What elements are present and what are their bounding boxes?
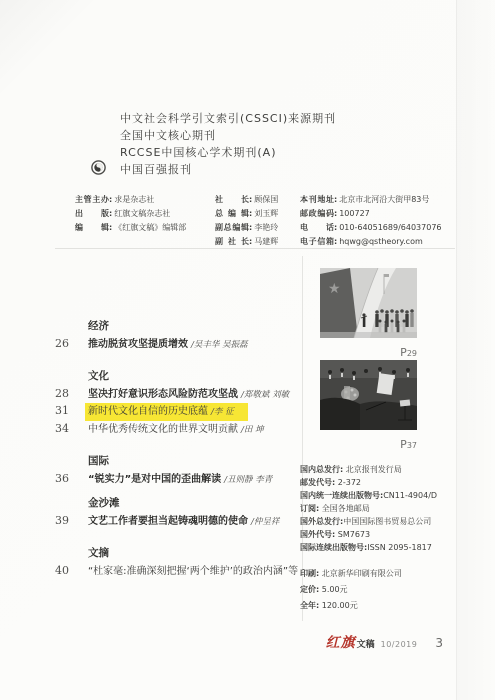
page-footer: 红旗 文稿 10/2019 3	[300, 632, 443, 652]
field-value: 刘玉辉	[254, 209, 278, 218]
toc-entry: 36 “锐实力”是对中国的歪曲解读/丑则静 李青	[55, 471, 303, 488]
masthead-staff-column: 社长:顾保国 总编辑:刘玉辉 副总编辑:李艳玲 副社长:马建辉	[215, 193, 278, 249]
field-label: 编辑	[75, 221, 109, 235]
field-label: 副总编辑	[215, 221, 249, 235]
colon: :	[249, 223, 252, 232]
toc-entry: 28 坚决打好意识形态风险防范攻坚战/郑敬斌 刘敏	[55, 386, 303, 403]
caption-prefix: P	[400, 346, 407, 359]
photo-caption-p37: P37	[320, 433, 417, 452]
field-label: 国外代号	[300, 530, 332, 539]
field-value: 求是杂志社	[114, 195, 154, 204]
field-label: 国内总发行	[300, 465, 340, 474]
field-label: 印刷	[300, 569, 316, 578]
article-authors: /李 征	[211, 407, 234, 417]
masthead-publisher-column: 主管主办:求是杂志社 出版:红旗文稿杂志社 编辑:《红旗文稿》编辑部	[75, 193, 186, 235]
field-label: 电子信箱	[300, 235, 334, 249]
article-authors: /郑敬斌 刘敏	[241, 390, 289, 400]
article-title: 新时代文化自信的历史底蕴	[88, 406, 208, 417]
colon: :	[334, 237, 337, 246]
field-label: 定价	[300, 585, 316, 594]
masthead-row: 社长:顾保国	[215, 193, 278, 207]
page-number: 34	[55, 421, 88, 437]
masthead-row: 邮政编码:100727	[300, 207, 442, 221]
article-title: 推动脱贫攻坚提质增效	[88, 339, 188, 350]
field-value: 全国各地邮局	[319, 504, 370, 513]
field-value: 《红旗文稿》编辑部	[114, 223, 186, 232]
table-of-contents: 经济 26 推动脱贫攻坚提质增效/吴丰华 吴振磊 文化 28 坚决打好意识形态风…	[55, 318, 303, 595]
article-title: 坚决打好意识形态风险防范攻坚战	[88, 389, 238, 400]
field-value: 120.00元	[319, 601, 358, 610]
field-value: 红旗文稿杂志社	[114, 209, 170, 218]
info-row: 国外代号: SM7673	[300, 528, 456, 541]
section-heading: 文摘	[88, 545, 303, 561]
masthead-row: 编辑:《红旗文稿》编辑部	[75, 221, 186, 235]
article-authors: /田 坤	[241, 425, 264, 435]
colon: :	[109, 223, 112, 232]
field-label: 邮发代号	[300, 478, 332, 487]
field-value: 北京新华印刷有限公司	[319, 569, 402, 578]
article-authors: /仲呈祥	[251, 517, 279, 527]
masthead-row: 电话:010-64051689/64037076	[300, 221, 442, 235]
article-title: “锐实力”是对中国的歪曲解读	[88, 474, 221, 485]
certification-line: RCCSE中国核心学术期刊(A)	[120, 144, 336, 161]
field-value: 100727	[339, 209, 370, 218]
field-value: 5.00元	[319, 585, 347, 594]
toc-section-digest: 文摘 40 “杜家毫:准确深刻把握‘两个维护’的政治内涵”等	[55, 545, 303, 580]
masthead-row: 出版:红旗文稿杂志社	[75, 207, 186, 221]
entry-text: 中华优秀传统文化的世界文明贡献/田 坤	[88, 422, 264, 438]
highlight-marker: 新时代文化自信的历史底蕴/李 征	[85, 403, 248, 421]
caption-prefix: P	[400, 438, 407, 451]
info-row: 订阅: 全国各地邮局	[300, 502, 456, 515]
page-number: 39	[55, 513, 88, 529]
top100-seal-icon	[91, 160, 106, 175]
toc-section-international: 国际 36 “锐实力”是对中国的歪曲解读/丑则静 李青	[55, 453, 303, 488]
distribution-info: 国内总发行: 北京报刊发行局 邮发代号: 2-372 国内统一连续出版物号:CN…	[300, 463, 456, 554]
info-row: 邮发代号: 2-372	[300, 476, 456, 489]
colon: :	[334, 209, 337, 218]
toc-entry-highlighted: 31 新时代文化自信的历史底蕴/李 征	[55, 403, 303, 421]
section-heading: 金沙滩	[88, 495, 303, 511]
field-label: 副社长	[215, 235, 249, 249]
field-value: 顾保国	[254, 195, 278, 204]
certification-line: 中国百强报刊	[120, 161, 336, 178]
colon: :	[334, 195, 337, 204]
colon: :	[109, 209, 112, 218]
article-title: 文艺工作者要担当起铸魂明德的使命	[88, 516, 248, 527]
info-row: 国内总发行: 北京报刊发行局	[300, 463, 456, 476]
svg-text:★: ★	[328, 281, 341, 297]
section-heading: 经济	[88, 318, 303, 334]
field-label: 主管主办	[75, 193, 109, 207]
field-value: SM7673	[335, 530, 370, 539]
toc-section-economy: 经济 26 推动脱贫攻坚提质增效/吴丰华 吴振磊	[55, 318, 303, 353]
page-number: 36	[55, 471, 88, 487]
page-number: 40	[55, 563, 88, 579]
toc-section-culture: 文化 28 坚决打好意识形态风险防范攻坚战/郑敬斌 刘敏 31 新时代文化自信的…	[55, 368, 303, 438]
field-value: ISSN 2095-1817	[367, 543, 432, 552]
field-value: hqwg@qstheory.com	[339, 237, 423, 246]
info-row: 印刷: 北京新华印刷有限公司	[300, 566, 402, 582]
masthead-row: 主管主办:求是杂志社	[75, 193, 186, 207]
field-label: 出版	[75, 207, 109, 221]
entry-text: 坚决打好意识形态风险防范攻坚战/郑敬斌 刘敏	[88, 387, 289, 403]
masthead-row: 电子信箱:hqwg@qstheory.com	[300, 235, 442, 249]
field-label: 社长	[215, 193, 249, 207]
field-label: 国内统一连续出版物号	[300, 491, 380, 500]
info-row: 国内统一连续出版物号:CN11-4904/D	[300, 489, 456, 502]
caption-number: 29	[407, 349, 417, 358]
article-authors: /吴丰华 吴振磊	[191, 340, 248, 350]
field-value: 北京市北河沿大街甲83号	[339, 195, 429, 204]
photo-p29: ★	[320, 268, 417, 338]
entry-text: “锐实力”是对中国的歪曲解读/丑则静 李青	[88, 472, 272, 488]
issue-label: 10/2019	[381, 640, 418, 649]
colon: :	[334, 223, 337, 232]
field-label: 国外总发行	[300, 517, 340, 526]
masthead-row: 总编辑:刘玉辉	[215, 207, 278, 221]
page-edge-shading	[457, 0, 495, 700]
masthead-row: 本刊地址:北京市北河沿大街甲83号	[300, 193, 442, 207]
field-value: CN11-4904/D	[383, 491, 437, 500]
magazine-contents-page: 中文社会科学引文索引(CSSCI)来源期刊 全国中文核心期刊 RCCSE中国核心…	[0, 0, 495, 700]
field-value: 北京报刊发行局	[343, 465, 402, 474]
colon: :	[109, 195, 112, 204]
colon: :	[249, 209, 252, 218]
field-label: 总编辑	[215, 207, 249, 221]
masthead-contact-column: 本刊地址:北京市北河沿大街甲83号 邮政编码:100727 电话:010-640…	[300, 193, 442, 249]
info-row: 国外总发行:中国国际图书贸易总公司	[300, 515, 456, 528]
photo-caption-p29: P29	[320, 341, 417, 360]
printing-info: 印刷: 北京新华印刷有限公司 定价: 5.00元 全年: 120.00元	[300, 566, 402, 614]
field-value: 2-372	[335, 478, 361, 487]
field-value: 010-64051689/64037076	[339, 223, 441, 232]
certification-line: 中文社会科学引文索引(CSSCI)来源期刊	[120, 110, 336, 127]
horizontal-divider	[55, 248, 455, 249]
field-label: 全年	[300, 601, 316, 610]
info-row: 国际连续出版物号:ISSN 2095-1817	[300, 541, 456, 554]
journal-logo-hongqi: 红旗	[326, 632, 356, 652]
folio-page-number: 3	[435, 636, 443, 650]
entry-text: “杜家毫:准确深刻把握‘两个维护’的政治内涵”等	[88, 564, 298, 580]
field-label: 本刊地址	[300, 193, 334, 207]
masthead-row: 副总编辑:李艳玲	[215, 221, 278, 235]
field-value: 李艳玲	[254, 223, 278, 232]
field-value: 马建辉	[254, 237, 278, 246]
page-number: 26	[55, 336, 88, 352]
colon: :	[249, 237, 252, 246]
toc-entry: 39 文艺工作者要担当起铸魂明德的使命/仲呈祥	[55, 513, 303, 530]
section-heading: 文化	[88, 368, 303, 384]
article-title: 中华优秀传统文化的世界文明贡献	[88, 424, 238, 435]
info-row: 全年: 120.00元	[300, 598, 402, 614]
field-label: 订阅	[300, 504, 316, 513]
entry-text: 推动脱贫攻坚提质增效/吴丰华 吴振磊	[88, 337, 248, 353]
article-authors: /丑则静 李青	[224, 475, 272, 485]
article-title: “杜家毫:准确深刻把握‘两个维护’的政治内涵”等	[88, 566, 298, 577]
field-label: 邮政编码	[300, 207, 334, 221]
certification-block: 中文社会科学引文索引(CSSCI)来源期刊 全国中文核心期刊 RCCSE中国核心…	[120, 110, 336, 178]
caption-number: 37	[407, 441, 417, 450]
info-row: 定价: 5.00元	[300, 582, 402, 598]
toc-entry: 40 “杜家毫:准确深刻把握‘两个维护’的政治内涵”等	[55, 563, 303, 580]
photo-p37	[320, 360, 417, 430]
toc-entry: 26 推动脱贫攻坚提质增效/吴丰华 吴振磊	[55, 336, 303, 353]
page-number: 31	[55, 403, 88, 419]
field-value: 中国国际图书贸易总公司	[343, 517, 431, 526]
journal-logo-wengao: 文稿	[357, 637, 375, 650]
entry-text: 文艺工作者要担当起铸魂明德的使命/仲呈祥	[88, 514, 279, 530]
page-number: 28	[55, 386, 88, 402]
masthead-row: 副社长:马建辉	[215, 235, 278, 249]
certification-line: 全国中文核心期刊	[120, 127, 336, 144]
colon: :	[249, 195, 252, 204]
toc-section-jinshatan: 金沙滩 39 文艺工作者要担当起铸魂明德的使命/仲呈祥	[55, 495, 303, 530]
toc-entry: 34 中华优秀传统文化的世界文明贡献/田 坤	[55, 421, 303, 438]
field-label: 电话	[300, 221, 334, 235]
field-label: 国际连续出版物号	[300, 543, 364, 552]
section-heading: 国际	[88, 453, 303, 469]
